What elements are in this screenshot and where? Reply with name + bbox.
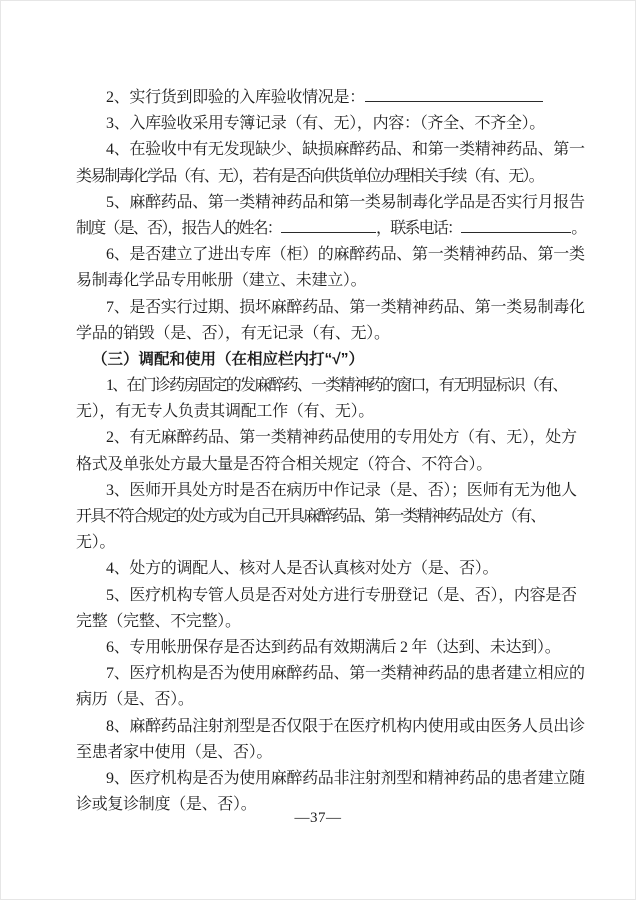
doc-text: 2、有无麻醉药品、第一类精神药品使用的专用处方（有、无），处方	[106, 429, 577, 446]
doc-text: 。	[571, 220, 585, 237]
blank-contact-phone	[461, 217, 571, 233]
page-number: —37—	[0, 810, 636, 827]
doc-line: 4、处方的调配人、核对人是否认真核对处方（是、否）。	[76, 556, 578, 582]
doc-text: 3、医师开具处方时是否在病历中作记录（是、否）；医师有无为他人	[106, 482, 577, 499]
doc-line: 6、专用帐册保存是否达到药品有效期满后 2 年（达到、未达到）。	[76, 635, 578, 661]
doc-line: 4、在验收中有无发现缺少、缺损麻醉药品、和第一类精神药品、第一	[76, 137, 578, 163]
doc-line: 易制毒化学品专用帐册（建立、未建立）。	[76, 268, 578, 294]
doc-line: 6、是否建立了进出专库（柜）的麻醉药品、第一类精神药品、第一类	[76, 242, 578, 268]
doc-line: 7、医疗机构是否为使用麻醉药品、第一类精神药品的患者建立相应的	[76, 661, 578, 687]
document-page: 2、实行货到即验的入库验收情况是：3、入库验收采用专簿记录（有、无），内容：（齐…	[0, 0, 636, 900]
doc-line: 无）。	[76, 530, 578, 556]
doc-text: 6、专用帐册保存是否达到药品有效期满后 2 年（达到、未达到）。	[106, 639, 560, 656]
doc-text: 2、实行货到即验的入库验收情况是：	[106, 89, 365, 106]
doc-text: 无），有无专人负责其调配工作（有、无）。	[76, 403, 374, 420]
doc-line: 3、入库验收采用专簿记录（有、无），内容：（齐全、不齐全）。	[76, 111, 578, 137]
doc-line: 5、医疗机构专管人员是否对处方进行专册登记（是、否），内容是否	[76, 583, 578, 609]
doc-text: 至患者家中使用（是、否）。	[76, 744, 272, 761]
doc-text: 5、麻醉药品、第一类精神药品和第一类易制毒化学品是否实行月报告	[106, 194, 585, 211]
blank-acceptance-status	[365, 86, 543, 102]
doc-text: 8、麻醉药品注射剂型是否仅限于在医疗机构内使用或由医务人员出诊	[106, 718, 585, 735]
doc-text: 开具不符合规定的处方或为自己开具麻醉药品、第一类精神药品处方（有、	[76, 508, 545, 525]
doc-text: （三）调配和使用（在相应栏内打“√”）	[92, 351, 364, 368]
doc-line: 开具不符合规定的处方或为自己开具麻醉药品、第一类精神药品处方（有、	[76, 504, 578, 530]
doc-text: 3、入库验收采用专簿记录（有、无），内容：（齐全、不齐全）。	[106, 115, 545, 132]
doc-line: 8、麻醉药品注射剂型是否仅限于在医疗机构内使用或由医务人员出诊	[76, 714, 578, 740]
doc-text: 5、医疗机构专管人员是否对处方进行专册登记（是、否），内容是否	[106, 587, 577, 604]
doc-line: 完整（完整、不完整）。	[76, 609, 578, 635]
doc-text: 病历（是、否）。	[76, 691, 194, 708]
doc-text: 制度（是、否），报告人的姓名：	[76, 220, 281, 237]
doc-text: 1、在门诊药房固定的发麻醉药、一类精神药的窗口，有无明显标识（有、	[106, 377, 567, 394]
doc-line: 2、实行货到即验的入库验收情况是：	[76, 85, 578, 111]
doc-line: 格式及单张处方最大量是否符合相关规定（符合、不符合）。	[76, 452, 578, 478]
doc-text: ，联系电话：	[376, 220, 461, 237]
doc-line: 7、是否实行过期、损坏麻醉药品、第一类精神药品、第一类易制毒化	[76, 295, 578, 321]
doc-line: 至患者家中使用（是、否）。	[76, 740, 578, 766]
doc-text: 9、医疗机构是否为使用麻醉药品非注射剂型和精神药品的患者建立随	[106, 770, 585, 787]
doc-text: 4、在验收中有无发现缺少、缺损麻醉药品、和第一类精神药品、第一	[106, 141, 585, 158]
doc-line: 制度（是、否），报告人的姓名：，联系电话：。	[76, 216, 578, 242]
doc-line: 2、有无麻醉药品、第一类精神药品使用的专用处方（有、无），处方	[76, 425, 578, 451]
document-body: 2、实行货到即验的入库验收情况是：3、入库验收采用专簿记录（有、无），内容：（齐…	[76, 85, 578, 818]
doc-text: 学品的销毁（是、否），有无记录（有、无）。	[76, 325, 390, 342]
doc-text: 完整（完整、不完整）。	[76, 613, 241, 630]
doc-line: 5、麻醉药品、第一类精神药品和第一类易制毒化学品是否实行月报告	[76, 190, 578, 216]
doc-line: 学品的销毁（是、否），有无记录（有、无）。	[76, 321, 578, 347]
doc-text: 6、是否建立了进出专库（柜）的麻醉药品、第一类精神药品、第一类	[106, 246, 585, 263]
doc-line: 9、医疗机构是否为使用麻醉药品非注射剂型和精神药品的患者建立随	[76, 766, 578, 792]
blank-reporter-name	[281, 217, 376, 233]
doc-text: 7、医疗机构是否为使用麻醉药品、第一类精神药品的患者建立相应的	[106, 665, 585, 682]
doc-text: 4、处方的调配人、核对人是否认真核对处方（是、否）。	[106, 560, 498, 577]
doc-text: 7、是否实行过期、损坏麻醉药品、第一类精神药品、第一类易制毒化	[106, 299, 585, 316]
doc-text: 无）。	[76, 534, 115, 551]
doc-text: 格式及单张处方最大量是否符合相关规定（符合、不符合）。	[76, 456, 492, 473]
doc-line: 无），有无专人负责其调配工作（有、无）。	[76, 399, 578, 425]
doc-line: 1、在门诊药房固定的发麻醉药、一类精神药的窗口，有无明显标识（有、	[76, 373, 578, 399]
section-heading: （三）调配和使用（在相应栏内打“√”）	[76, 347, 578, 373]
doc-line: 类易制毒化学品（有、无），若有是否向供货单位办理相关手续（有、无）。	[76, 164, 578, 190]
doc-text: 易制毒化学品专用帐册（建立、未建立）。	[76, 272, 366, 289]
doc-line: 3、医师开具处方时是否在病历中作记录（是、否）；医师有无为他人	[76, 478, 578, 504]
doc-line: 病历（是、否）。	[76, 687, 578, 713]
doc-text: 类易制毒化学品（有、无），若有是否向供货单位办理相关手续（有、无）。	[76, 168, 543, 185]
